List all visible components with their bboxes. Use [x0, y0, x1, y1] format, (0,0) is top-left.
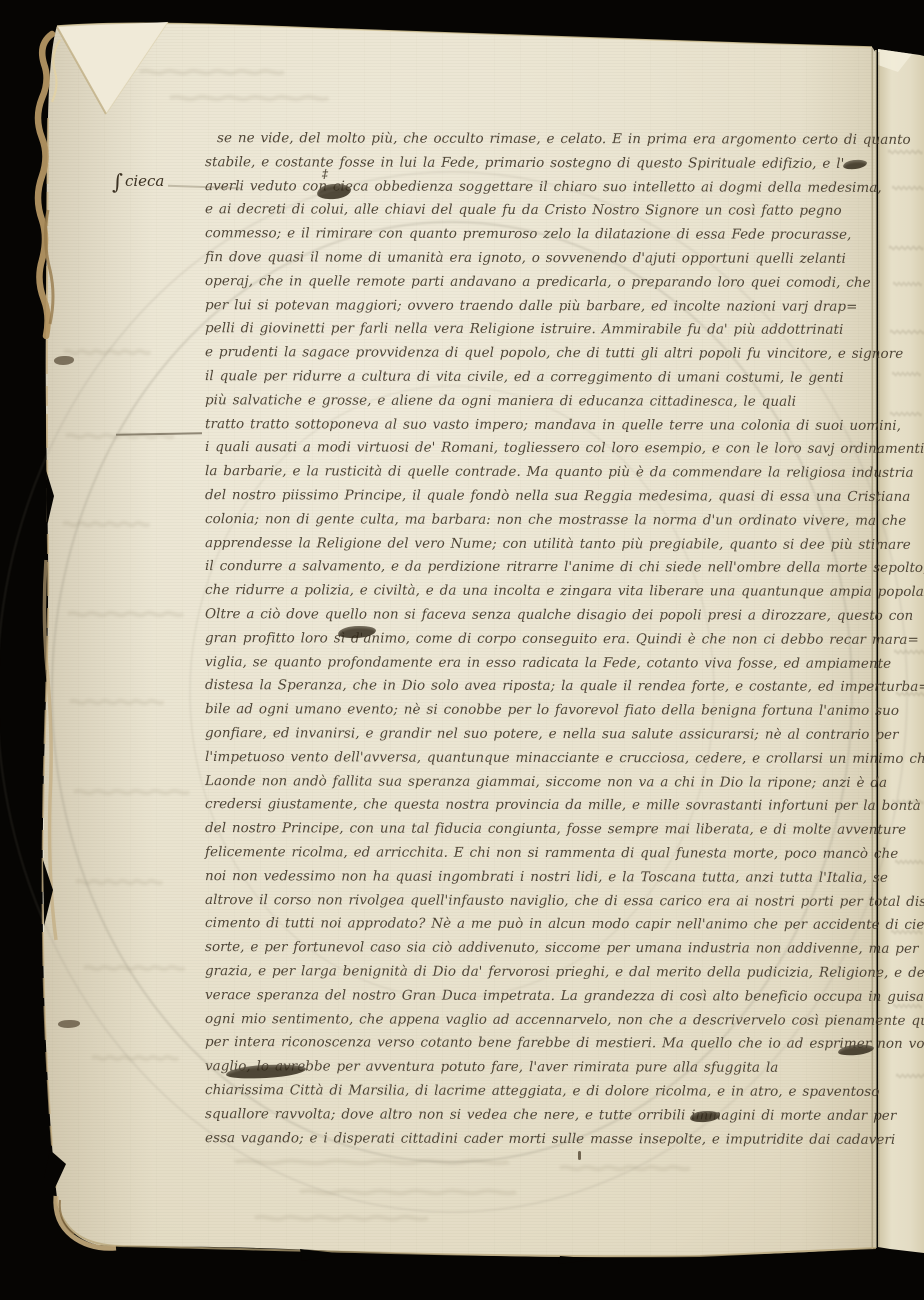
next-leaf-edge	[878, 49, 924, 1253]
manuscript-line: gran profitto loro sì d'animo, come di c…	[205, 628, 919, 650]
manuscript-line: il quale per ridurre a cultura di vita c…	[205, 366, 844, 388]
manuscript-line: fin dove quasi il nome di umanità era ig…	[205, 247, 846, 269]
ink-strikethrough	[843, 159, 868, 170]
manuscript-line: del nostro piissimo Principe, il quale f…	[205, 485, 910, 507]
manuscript-line: che ridurre a polizia, e civiltà, e da u…	[205, 580, 924, 602]
manuscript-line: commesso; e il rimirare con quanto premu…	[205, 223, 851, 245]
manuscript-scan: se ne vide, del molto più, che occulto r…	[0, 0, 924, 1300]
manuscript-line: Oltre a ciò dove quello non si faceva se…	[205, 604, 913, 626]
manuscript-line: operaj, che in quelle remote parti andav…	[205, 271, 871, 293]
margin-note-cieca: ∫cieca	[112, 170, 164, 194]
binding-stub	[38, 34, 52, 336]
manuscript-line: stabile, e costante fosse in lui la Fede…	[205, 152, 844, 174]
manuscript-line: l'impetuoso vento dell'avversa, quantunq…	[205, 747, 924, 769]
manuscript-line: e ai decreti di colui, alle chiavi del q…	[205, 200, 842, 222]
manuscript-line: e prudenti la sagace provvidenza di quel…	[205, 342, 903, 364]
stray-ink-mark	[578, 1151, 581, 1160]
manuscript-line: grazia, e per larga benignità di Dio da'…	[205, 961, 924, 983]
manuscript-line: cimento di tutti noi approdato? Nè a me …	[205, 913, 924, 935]
corner-flap	[57, 22, 168, 114]
margin-speck	[58, 1020, 80, 1028]
manuscript-line: averli veduto con cieca obbedienza sogge…	[205, 176, 882, 198]
manuscript-line: per lui si potevan maggiori; ovvero trae…	[205, 295, 858, 317]
binding-stub	[44, 560, 56, 940]
manuscript-line: distesa la Speranza, che in Dio solo ave…	[205, 675, 924, 697]
manuscript-line: altrove il corso non rivolgea quell'infa…	[205, 890, 924, 912]
manuscript-line: felicemente ricolma, ed arricchita. E ch…	[205, 842, 898, 864]
manuscript-line: ogni mio sentimento, che appena vaglio a…	[205, 1009, 924, 1031]
manuscript-line: più salvatiche e grosse, e aliene da ogn…	[205, 390, 796, 412]
manuscript-line: apprendesse la Religione del vero Nume; …	[205, 533, 911, 555]
manuscript-line: i quali ausati a modi virtuosi de' Roman…	[205, 437, 924, 459]
manuscript-line: il condurre a salvamento, e da perdizion…	[205, 556, 924, 578]
manuscript-line: pelli di giovinetti per farli nella vera…	[205, 319, 843, 341]
manuscript-line: credersi giustamente, che questa nostra …	[205, 794, 921, 816]
binding-stub	[52, 40, 60, 102]
manuscript-line: Laonde non andò fallita sua speranza gia…	[205, 771, 887, 793]
manuscript-line: essa vagando; e i disperati cittadini ca…	[205, 1128, 895, 1150]
binding-stub	[45, 210, 53, 324]
manuscript-line: verace speranza del nostro Gran Duca imp…	[205, 985, 924, 1007]
manuscript-line: viglia, se quanto profondamente era in e…	[205, 652, 891, 674]
manuscript-line: sorte, e per fortunevol caso sia ciò add…	[205, 937, 924, 959]
manuscript-line: colonia; non di gente culta, ma barbara:…	[205, 509, 906, 531]
margin-note-text: cieca	[125, 172, 164, 190]
binding-stub	[56, 1196, 116, 1248]
manuscript-line: per intera riconoscenza verso cotanto be…	[205, 1032, 924, 1054]
manuscript-line: bile ad ogni umano evento; nè si conobbe…	[205, 699, 899, 721]
manuscript-line: squallore ravvolta; dove altro non si ve…	[205, 1104, 896, 1126]
manuscript-line: del nostro Principe, con una tal fiducia…	[205, 818, 906, 840]
next-leaf-corner-curl	[878, 49, 912, 72]
margin-dash	[116, 432, 202, 436]
margin-speck	[54, 356, 74, 365]
manuscript-line: chiarissima Città di Marsilia, di lacrim…	[205, 1080, 879, 1102]
manuscript-line: se ne vide, del molto più, che occulto r…	[217, 128, 911, 150]
manuscript-line: noi non vedessimo non ha quasi ingombrat…	[205, 866, 888, 888]
manuscript-line: gonfiare, ed invanirsi, e grandir nel su…	[205, 723, 899, 745]
insertion-mark-icon: ∫	[112, 170, 123, 194]
caret-mark: ‡	[322, 167, 328, 181]
manuscript-line: tratto tratto sottoponeva al suo vasto i…	[205, 414, 901, 436]
manuscript-line: la barbarie, e la rusticità di quelle co…	[205, 461, 914, 483]
